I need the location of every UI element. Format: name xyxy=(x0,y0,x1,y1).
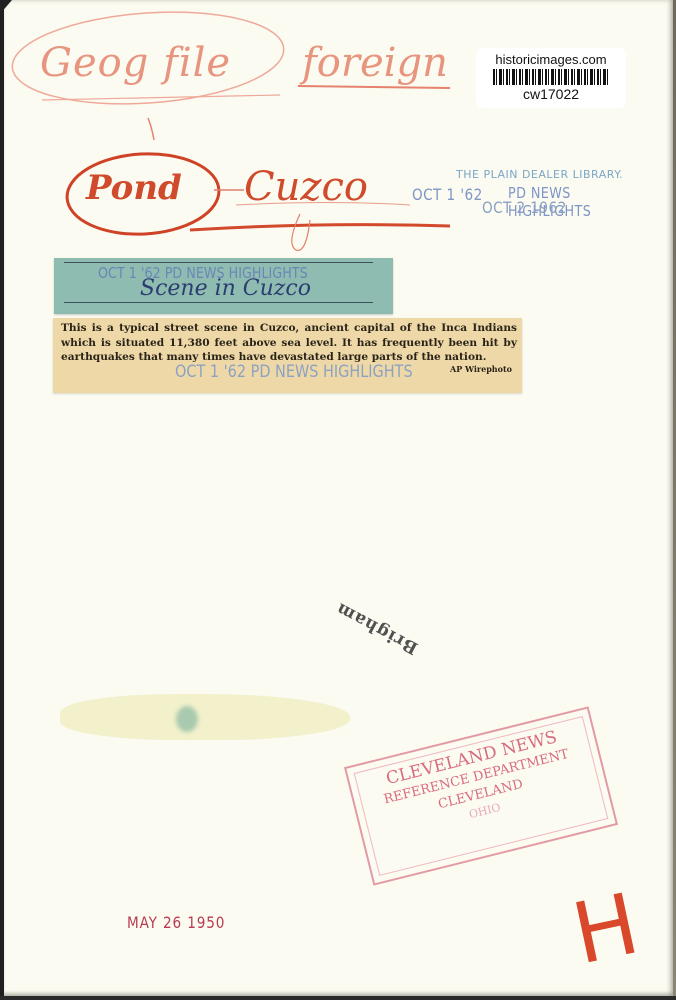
tag-rule xyxy=(64,302,373,303)
scan-left-edge xyxy=(0,0,4,1000)
scan-bottom-edge xyxy=(0,996,676,1000)
date-stamp-1950: MAY 26 1950 xyxy=(127,913,225,932)
photo-back-sheet xyxy=(3,0,673,996)
foreign-note: foreign xyxy=(302,40,448,86)
library-stamp-date-1: OCT 1 '62 xyxy=(412,185,483,204)
pond-note: Pond xyxy=(86,168,182,208)
barcode-id: cw17022 xyxy=(476,86,626,102)
clipping-credit: AP Wirephoto xyxy=(450,364,512,374)
geog-file-note: Geog file xyxy=(40,40,231,86)
corner-fold xyxy=(0,0,12,14)
tape-residue xyxy=(60,694,350,740)
barcode-icon xyxy=(493,69,609,85)
library-stamp-name: THE PLAIN DEALER LIBRARY. xyxy=(456,168,623,181)
city-note: Cuzco xyxy=(244,164,368,210)
ink-blot xyxy=(176,706,198,732)
clipping-text: This is a typical street scene in Cuzco,… xyxy=(61,321,517,365)
barcode-site: historicimages.com xyxy=(476,52,626,67)
newspaper-clipping: This is a typical street scene in Cuzco,… xyxy=(53,318,522,393)
library-stamp-date-2: OCT 2 1962 xyxy=(482,198,567,217)
clipping-date-stamp: OCT 1 '62 PD NEWS HIGHLIGHTS xyxy=(175,362,413,382)
tag-rule xyxy=(64,262,373,263)
tag-title: Scene in Cuzco xyxy=(140,276,311,301)
barcode-label: historicimages.com cw17022 xyxy=(476,48,626,108)
caption-tag: OCT 1 '62 PD NEWS HIGHLIGHTS Scene in Cu… xyxy=(54,258,393,314)
